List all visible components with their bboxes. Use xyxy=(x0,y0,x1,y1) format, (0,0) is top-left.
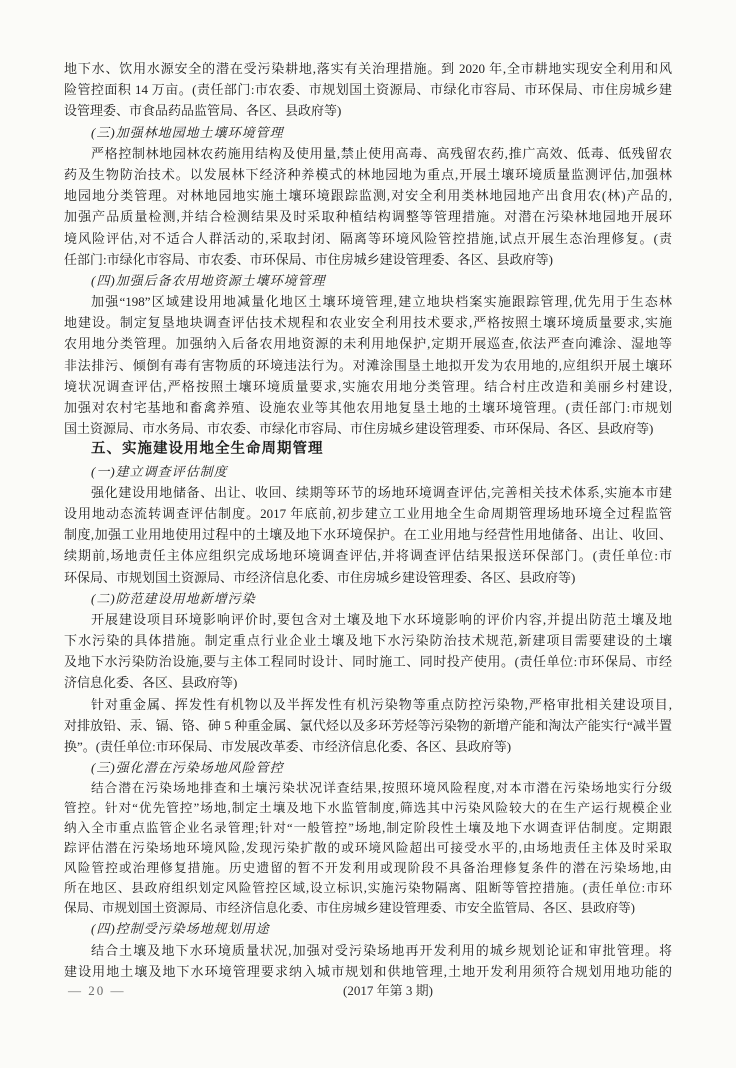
subsection-heading: (四)控制受污染场地规划用途 xyxy=(64,918,672,939)
text-line: 地下水、饮用水源安全的潜在受污染耕地,落实有关治理措施。到 2020 年,全市耕… xyxy=(64,58,672,79)
text-line: 制度,加强工业用地使用过程中的土壤及地下水环境保护。在工业用地与经营性用地储备、… xyxy=(64,524,672,545)
text-line: 任部门:市绿化市容局、市农委、市环保局、市住房城乡建设管理委、各区、县政府等) xyxy=(64,249,672,270)
document-body: 地下水、饮用水源安全的潜在受污染耕地,落实有关治理措施。到 2020 年,全市耕… xyxy=(64,58,672,982)
text-line: 地建设。制定复垦地块调查评估技术规程和农业安全利用技术要求,严格按照土壤环境质量… xyxy=(64,312,672,333)
text-line: 及地下水污染防治设施,要与主体工程同时设计、同时施工、同时投产使用。(责任单位:… xyxy=(64,651,672,672)
text-line: 境状况调查评估,严格按照土壤环境质量要求,实施农用地分类管理。结合村庄改造和美丽… xyxy=(64,376,672,397)
subsection-heading: (四)加强后备农用地资源土壤环境管理 xyxy=(64,270,672,291)
subsection-heading: (三)加强林地园地土壤环境管理 xyxy=(64,122,672,143)
text-line: 地园地分类管理。对林地园地实施土壤环境跟踪监测,对安全利用类林地园地产出食用农(… xyxy=(64,185,672,206)
text-line: 换”。(责任单位:市环保局、市发展改革委、市经济信息化委、各区、县政府等) xyxy=(64,736,672,757)
text-line: 险管控面积 14 万亩。(责任部门:市农委、市规划国土资源局、市绿化市容局、市环… xyxy=(64,79,672,100)
text-line: 所在地区、县政府组织划定风险管控区域,设立标识,实施污染物隔离、阻断等管控措施。… xyxy=(64,878,672,898)
text-line: 针对重金属、挥发性有机物以及半挥发性有机污染物等重点防控污染物,严格审批相关建设… xyxy=(64,694,672,715)
text-line: 管控。针对“优先管控”场地,制定土壤及地下水监管制度,筛选其中污染风险较大的在生… xyxy=(64,798,672,818)
subsection-heading: (一)建立调查评估制度 xyxy=(64,461,672,482)
text-line: 药及生物防治技术。以发展林下经济种养模式的林地园地为重点,开展土壤环境质量监测评… xyxy=(64,164,672,185)
text-line: 加强对农村宅基地和畜禽养殖、设施农业等其他农用地复垦土地的土壤环境管理。(责任部… xyxy=(64,397,672,418)
text-line: 加强产品质量检测,并结合检测结果及时采取种植结构调整等管理措施。对潜在污染林地园… xyxy=(64,206,672,227)
text-line: 对排放铅、汞、镉、铬、砷 5 种重金属、氯代烃以及多环芳烃等污染物的新增产能和淘… xyxy=(64,715,672,736)
text-line: 严格控制林地园林农药施用结构及使用量,禁止使用高毒、高残留农药,推广高效、低毒、… xyxy=(64,143,672,164)
text-line: 结合潜在污染场地排查和土壤污染状况详查结果,按照环境风险程度,对本市潜在污染场地… xyxy=(64,778,672,798)
text-line: 非法排污、倾倒有毒有害物质的环境违法行为。对滩涂围垦土地拟开发为农用地的,应组织… xyxy=(64,355,672,376)
section-heading: 五、实施建设用地全生命周期管理 xyxy=(64,439,672,460)
text-line: 农用地分类管理。加强纳入后备农用地资源的未利用地保护,定期开展巡查,依法严查向滩… xyxy=(64,333,672,354)
text-line: 加强“198”区域建设用地减量化地区土壤环境管理,建立地块档案实施跟踪管理,优先… xyxy=(64,291,672,312)
text-line: 国土资源局、市水务局、市农委、市绿化市容局、市住房城乡建设管理委、市环保局、各区… xyxy=(64,418,672,439)
text-line: 建设用地土壤及地下水环境管理要求纳入城市规划和供地管理,土地开发利用须符合规划用… xyxy=(64,961,672,982)
issue-label: (2017 年第 3 期) xyxy=(64,982,672,1000)
text-line: 设用地动态流转调查评估制度。2017 年底前,初步建立工业用地全生命周期管理场地… xyxy=(64,503,672,524)
text-line: 开展建设项目环境影响评价时,要包含对土壤及地下水环境影响的评价内容,并提出防范土… xyxy=(64,609,672,630)
page-footer: — 20 — (2017 年第 3 期) xyxy=(64,982,672,1000)
text-line: 结合土壤及地下水环境质量状况,加强对受污染场地再开发利用的城乡规划论证和审批管理… xyxy=(64,940,672,961)
scanned-document-page: 地下水、饮用水源安全的潜在受污染耕地,落实有关治理措施。到 2020 年,全市耕… xyxy=(0,0,736,1068)
text-line: 强化建设用地储备、出让、收回、续期等环节的场地环境调查评估,完善相关技术体系,实… xyxy=(64,482,672,503)
text-line: 下水污染的具体措施。制定重点行业企业土壤及地下水污染防治技术规范,新建项目需要建… xyxy=(64,630,672,651)
text-line: 风险管控或治理修复措施。历史遗留的暂不开发利用或现阶段不具备治理修复条件的潜在污… xyxy=(64,858,672,878)
subsection-heading: (二)防范建设用地新增污染 xyxy=(64,588,672,609)
text-line: 境风险评估,对不适合人群活动的,采取封闭、隔离等环境风险管控措施,试点开展生态治… xyxy=(64,228,672,249)
text-line: 续期前,场地责任主体应组织完成场地环境调查评估,并将调查评估结果报送环保部门。(… xyxy=(64,545,672,566)
text-line: 保局、市规划国土资源局、市经济信息化委、市住房城乡建设管理委、市安全监管局、各区… xyxy=(64,898,672,918)
text-line: 设管理委、市食品药品监管局、各区、县政府等) xyxy=(64,100,672,121)
text-line: 纳入全市重点监管企业名录管理;针对“一般管控”场地,制定阶段性土壤及地下水调查评… xyxy=(64,818,672,838)
subsection-heading: (三)强化潜在污染场地风险管控 xyxy=(64,757,672,778)
text-line: 环保局、市规划国土资源局、市经济信息化委、市住房城乡建设管理委、各区、县政府等) xyxy=(64,567,672,588)
text-line: 踪评估潜在污染场地环境风险,发现污染扩散的或环境风险超出可接受水平的,由场地责任… xyxy=(64,838,672,858)
text-line: 济信息化委、各区、县政府等) xyxy=(64,672,672,693)
